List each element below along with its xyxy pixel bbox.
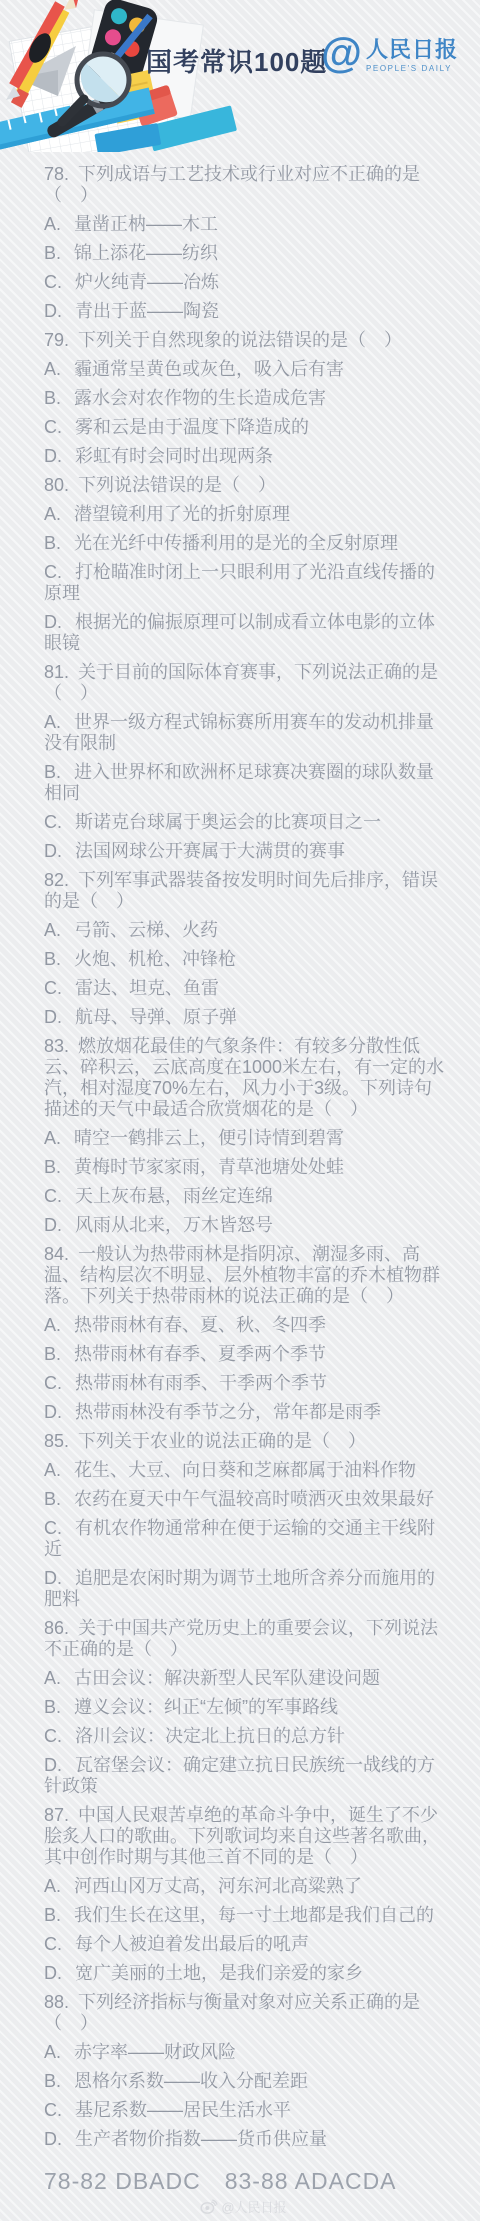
option-text: 农药在夏天中午气温较高时喷洒灭虫效果最好: [74, 1489, 434, 1509]
option-label: C.: [44, 1934, 62, 1954]
option-label: D.: [44, 1402, 62, 1422]
questions-list: 78.下列成语与工艺技术或行业对应不正确的是（ ）A.量凿正枘——木工B.锦上添…: [0, 150, 480, 2150]
option-text: 恩格尔系数——收入分配差距: [74, 2071, 308, 2091]
option-label: D.: [44, 446, 62, 466]
option-text: 量凿正枘——木工: [74, 214, 218, 234]
question-text: 83.燃放烟花最佳的气象条件：有较多分散性低云、碎积云，云底高度在1000米左右…: [44, 1036, 446, 1120]
option-label: D.: [44, 1963, 62, 1983]
option-row: C.洛川会议：决定北上抗日的总方针: [44, 1726, 446, 1747]
question-number: 88.: [44, 1992, 69, 2012]
question-number: 86.: [44, 1618, 69, 1638]
question-body: 下列经济指标与衡量对象对应关系正确的是（ ）: [44, 1992, 420, 2033]
header: 国考常识100题 @ 人民日报 PEOPLE'S DAILY: [0, 0, 480, 150]
option-label: A.: [44, 504, 61, 524]
question-text: 80.下列说法错误的是（ ）: [44, 475, 446, 496]
option-row: C.每个人被迫着发出最后的吼声: [44, 1934, 446, 1955]
option-row: B.火炮、机枪、冲锋枪: [44, 949, 446, 970]
option-label: A.: [44, 712, 61, 732]
option-text: 每个人被迫着发出最后的吼声: [75, 1934, 309, 1954]
option-text: 雾和云是由于温度下降造成的: [75, 417, 309, 437]
option-row: B.农药在夏天中午气温较高时喷洒灭虫效果最好: [44, 1489, 446, 1510]
option-text: 露水会对农作物的生长造成危害: [74, 388, 326, 408]
option-label: A.: [44, 359, 61, 379]
option-text: 追肥是农闲时期为调节土地所含养分而施用的肥料: [44, 1568, 435, 1609]
option-row: B.露水会对农作物的生长造成危害: [44, 388, 446, 409]
option-text: 热带雨林没有季节之分，常年都是雨季: [75, 1402, 381, 1422]
option-label: B.: [44, 1697, 61, 1717]
question-text: 79.下列关于自然现象的说法错误的是（ ）: [44, 330, 446, 351]
option-label: B.: [44, 1489, 61, 1509]
option-text: 进入世界杯和欧洲杯足球赛决赛圈的球队数量相同: [44, 762, 434, 803]
option-row: C.热带雨林有雨季、干季两个季节: [44, 1373, 446, 1394]
question-body: 下列关于自然现象的说法错误的是（ ）: [78, 330, 402, 350]
option-row: B.热带雨林有春季、夏季两个季节: [44, 1344, 446, 1365]
option-label: C.: [44, 812, 62, 832]
option-label: B.: [44, 533, 61, 553]
option-text: 热带雨林有雨季、干季两个季节: [75, 1373, 327, 1393]
question-number: 82.: [44, 870, 69, 890]
option-text: 晴空一鹤排云上，便引诗情到碧霄: [74, 1128, 344, 1148]
option-label: D.: [44, 1568, 62, 1588]
option-text: 瓦窑堡会议：确定建立抗日民族统一战线的方针政策: [44, 1755, 435, 1796]
question-number: 83.: [44, 1036, 69, 1056]
question-text: 87.中国人民艰苦卓绝的革命斗争中，诞生了不少脍炙人口的歌曲。下列歌词均来自这些…: [44, 1805, 446, 1868]
option-label: D.: [44, 1215, 62, 1235]
question-body: 下列军事武器装备按发明时间先后排序，错误的是（ ）: [44, 870, 438, 911]
option-row: D.根据光的偏振原理可以制成看立体电影的立体眼镜: [44, 612, 446, 654]
option-text: 火炮、机枪、冲锋枪: [74, 949, 236, 969]
option-row: D.宽广美丽的土地，是我们亲爱的家乡: [44, 1963, 446, 1984]
question-text: 84.一般认为热带雨林是指阴凉、潮湿多雨、高温、结构层次不明显、层外植物丰富的乔…: [44, 1244, 446, 1307]
option-text: 风雨从北来，万木皆怒号: [75, 1215, 273, 1235]
option-text: 航母、导弹、原子弹: [75, 1007, 237, 1027]
option-text: 宽广美丽的土地，是我们亲爱的家乡: [75, 1963, 363, 1983]
watermark: @人民日报: [200, 2197, 286, 2216]
option-row: A.热带雨林有春、夏、秋、冬四季: [44, 1315, 446, 1336]
question-number: 84.: [44, 1244, 69, 1264]
option-label: B.: [44, 243, 61, 263]
option-text: 雷达、坦克、鱼雷: [75, 978, 219, 998]
option-row: D.航母、导弹、原子弹: [44, 1007, 446, 1028]
option-row: D.青出于蓝——陶瓷: [44, 301, 446, 322]
question-text: 86.关于中国共产党历史上的重要会议，下列说法不正确的是（ ）: [44, 1618, 446, 1660]
option-row: B.锦上添花——纺织: [44, 243, 446, 264]
option-row: A.霾通常呈黄色或灰色，吸入后有害: [44, 359, 446, 380]
watermark-text: @人民日报: [221, 2197, 286, 2216]
question-number: 78.: [44, 164, 69, 184]
question-body: 关于目前的国际体育赛事，下列说法正确的是（ ）: [44, 662, 438, 703]
answer-key: 78-82 DBADC 83-88 ADACDA: [44, 2163, 397, 2196]
option-label: B.: [44, 949, 61, 969]
option-row: A.潜望镜利用了光的折射原理: [44, 504, 446, 525]
option-row: C.斯诺克台球属于奥运会的比赛项目之一: [44, 812, 446, 833]
option-label: A.: [44, 1460, 61, 1480]
question-body: 一般认为热带雨林是指阴凉、潮湿多雨、高温、结构层次不明显、层外植物丰富的乔木植物…: [44, 1244, 440, 1306]
option-text: 生产者物价指数——货币供应量: [75, 2129, 327, 2149]
option-row: B.遵义会议：纠正“左倾”的军事路线: [44, 1697, 446, 1718]
option-label: C.: [44, 562, 62, 582]
option-row: C.有机农作物通常种在便于运输的交通主干线附近: [44, 1518, 446, 1560]
option-row: D.法国网球公开赛属于大满贯的赛事: [44, 841, 446, 862]
option-text: 弓箭、云梯、火药: [74, 920, 218, 940]
option-label: D.: [44, 1755, 62, 1775]
option-row: B.恩格尔系数——收入分配差距: [44, 2071, 446, 2092]
option-text: 炉火纯青——冶炼: [75, 272, 219, 292]
option-label: D.: [44, 841, 62, 861]
option-label: B.: [44, 762, 61, 782]
option-row: C.雷达、坦克、鱼雷: [44, 978, 446, 999]
question-body: 下列关于农业的说法正确的是（ ）: [78, 1431, 366, 1451]
logo-name: 人民日报: [366, 38, 458, 62]
option-label: C.: [44, 1373, 62, 1393]
option-label: B.: [44, 1905, 61, 1925]
option-text: 天上灰布悬，雨丝定连绵: [75, 1186, 273, 1206]
option-label: A.: [44, 1315, 61, 1335]
option-label: D.: [44, 301, 62, 321]
option-label: A.: [44, 2042, 61, 2062]
option-text: 彩虹有时会同时出现两条: [75, 446, 273, 466]
at-mic-icon: @: [321, 32, 362, 74]
option-row: A.赤字率——财政风险: [44, 2042, 446, 2063]
option-row: B.进入世界杯和欧洲杯足球赛决赛圈的球队数量相同: [44, 762, 446, 804]
question-number: 87.: [44, 1805, 69, 1825]
option-text: 我们生长在这里，每一寸土地都是我们自己的: [74, 1905, 434, 1925]
option-label: C.: [44, 2100, 62, 2120]
option-row: A.世界一级方程式锦标赛所用赛车的发动机排量没有限制: [44, 712, 446, 754]
option-text: 有机农作物通常种在便于运输的交通主干线附近: [44, 1518, 435, 1559]
option-text: 打枪瞄准时闭上一只眼利用了光沿直线传播的原理: [44, 562, 435, 603]
option-row: A.量凿正枘——木工: [44, 214, 446, 235]
option-text: 根据光的偏振原理可以制成看立体电影的立体眼镜: [44, 612, 435, 653]
option-text: 花生、大豆、向日葵和芝麻都属于油料作物: [74, 1460, 416, 1480]
option-label: B.: [44, 2071, 61, 2091]
option-text: 洛川会议：决定北上抗日的总方针: [75, 1726, 345, 1746]
option-row: A.晴空一鹤排云上，便引诗情到碧霄: [44, 1128, 446, 1149]
option-text: 霾通常呈黄色或灰色，吸入后有害: [74, 359, 344, 379]
option-label: A.: [44, 214, 61, 234]
option-row: C.炉火纯青——冶炼: [44, 272, 446, 293]
option-row: D.彩虹有时会同时出现两条: [44, 446, 446, 467]
question-number: 79.: [44, 330, 69, 350]
quiz-page: 国考常识100题 @ 人民日报 PEOPLE'S DAILY 78.下列成语与工…: [0, 0, 480, 2221]
question-body: 下列成语与工艺技术或行业对应不正确的是（ ）: [44, 164, 420, 205]
question-number: 81.: [44, 662, 69, 682]
option-label: A.: [44, 1876, 61, 1896]
option-text: 古田会议：解决新型人民军队建设问题: [74, 1668, 380, 1688]
option-row: A.河西山冈万丈高，河东河北高粱熟了: [44, 1876, 446, 1897]
option-text: 法国网球公开赛属于大满贯的赛事: [75, 841, 345, 861]
question-text: 88.下列经济指标与衡量对象对应关系正确的是（ ）: [44, 1992, 446, 2034]
weibo-icon: [200, 2199, 217, 2214]
question-text: 78.下列成语与工艺技术或行业对应不正确的是（ ）: [44, 164, 446, 206]
option-label: D.: [44, 2129, 62, 2149]
option-row: C.基尼系数——居民生活水平: [44, 2100, 446, 2121]
option-text: 赤字率——财政风险: [74, 2042, 236, 2062]
question-body: 下列说法错误的是（ ）: [78, 475, 276, 495]
option-row: D.追肥是农闲时期为调节土地所含养分而施用的肥料: [44, 1568, 446, 1610]
option-row: A.花生、大豆、向日葵和芝麻都属于油料作物: [44, 1460, 446, 1481]
option-text: 锦上添花——纺织: [74, 243, 218, 263]
option-text: 潜望镜利用了光的折射原理: [74, 504, 290, 524]
question-text: 82.下列军事武器装备按发明时间先后排序，错误的是（ ）: [44, 870, 446, 912]
question-text: 81.关于目前的国际体育赛事，下列说法正确的是（ ）: [44, 662, 446, 704]
option-row: D.热带雨林没有季节之分，常年都是雨季: [44, 1402, 446, 1423]
option-text: 光在光纤中传播利用的是光的全反射原理: [74, 533, 398, 553]
option-label: B.: [44, 1157, 61, 1177]
option-label: C.: [44, 978, 62, 998]
option-row: A.弓箭、云梯、火药: [44, 920, 446, 941]
option-text: 热带雨林有春季、夏季两个季节: [74, 1344, 326, 1364]
option-label: C.: [44, 1186, 62, 1206]
option-row: C.天上灰布悬，雨丝定连绵: [44, 1186, 446, 1207]
option-label: B.: [44, 388, 61, 408]
option-row: B.我们生长在这里，每一寸土地都是我们自己的: [44, 1905, 446, 1926]
option-row: B.黄梅时节家家雨，青草池塘处处蛙: [44, 1157, 446, 1178]
option-row: C.打枪瞄准时闭上一只眼利用了光沿直线传播的原理: [44, 562, 446, 604]
page-title: 国考常识100题: [146, 42, 327, 79]
question-body: 中国人民艰苦卓绝的革命斗争中，诞生了不少脍炙人口的歌曲。下列歌词均来自这些著名歌…: [44, 1805, 440, 1867]
option-text: 青出于蓝——陶瓷: [75, 301, 219, 321]
option-label: D.: [44, 1007, 62, 1027]
question-body: 燃放烟花最佳的气象条件：有较多分散性低云、碎积云，云底高度在1000米左右，有一…: [44, 1036, 444, 1119]
question-number: 85.: [44, 1431, 69, 1451]
option-text: 遵义会议：纠正“左倾”的军事路线: [74, 1697, 338, 1717]
option-row: D.生产者物价指数——货币供应量: [44, 2129, 446, 2150]
option-text: 热带雨林有春、夏、秋、冬四季: [74, 1315, 326, 1335]
logo-subtitle: PEOPLE'S DAILY: [366, 64, 458, 73]
option-text: 世界一级方程式锦标赛所用赛车的发动机排量没有限制: [44, 712, 434, 753]
option-label: A.: [44, 1128, 61, 1148]
option-label: D.: [44, 612, 62, 632]
option-label: A.: [44, 1668, 61, 1688]
option-label: A.: [44, 920, 61, 940]
question-body: 关于中国共产党历史上的重要会议，下列说法不正确的是（ ）: [44, 1618, 438, 1659]
option-row: C.雾和云是由于温度下降造成的: [44, 417, 446, 438]
option-label: C.: [44, 1726, 62, 1746]
option-text: 斯诺克台球属于奥运会的比赛项目之一: [75, 812, 381, 832]
option-row: D.瓦窑堡会议：确定建立抗日民族统一战线的方针政策: [44, 1755, 446, 1797]
peoples-daily-logo: @ 人民日报 PEOPLE'S DAILY: [321, 30, 458, 73]
option-label: C.: [44, 272, 62, 292]
question-text: 85.下列关于农业的说法正确的是（ ）: [44, 1431, 446, 1452]
option-text: 基尼系数——居民生活水平: [75, 2100, 291, 2120]
option-row: A.古田会议：解决新型人民军队建设问题: [44, 1668, 446, 1689]
option-label: C.: [44, 1518, 62, 1538]
option-text: 黄梅时节家家雨，青草池塘处处蛙: [74, 1157, 344, 1177]
option-label: B.: [44, 1344, 61, 1364]
option-text: 河西山冈万丈高，河东河北高粱熟了: [74, 1876, 362, 1896]
option-row: D.风雨从北来，万木皆怒号: [44, 1215, 446, 1236]
option-label: C.: [44, 417, 62, 437]
question-number: 80.: [44, 475, 69, 495]
option-row: B.光在光纤中传播利用的是光的全反射原理: [44, 533, 446, 554]
